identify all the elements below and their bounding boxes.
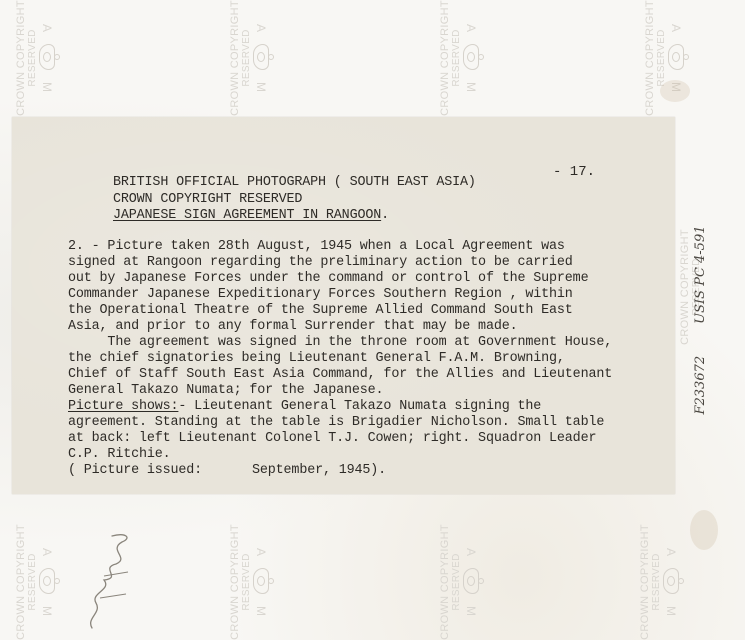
stamp-text: RESERVED xyxy=(657,0,667,118)
stamp-text: RESERVED xyxy=(452,0,462,118)
stamp-text: CROWN COPYRIGHT xyxy=(16,522,27,640)
stamp-letter: A xyxy=(41,24,53,32)
issued-date: September, 1945). xyxy=(252,463,386,478)
page-number: - 17. xyxy=(553,164,595,180)
crown-copyright-stamp: CROWN COPYRIGHT RESERVED A M xyxy=(228,0,272,118)
body-line: out by Japanese Forces under the command… xyxy=(68,271,588,286)
stamp-text: CROWN COPYRIGHT xyxy=(16,0,27,118)
catalog-number: F233672 xyxy=(693,356,708,415)
reference-number: USIS PC 4-591 xyxy=(693,226,708,324)
stamp-letter: A xyxy=(255,548,267,556)
body-line: the Operational Theatre of the Supreme A… xyxy=(68,303,573,318)
body-line: the chief signatories being Lieutenant G… xyxy=(68,351,565,366)
crown-icon xyxy=(253,44,269,70)
stamp-text: RESERVED xyxy=(242,522,252,640)
stamp-letter: A xyxy=(465,548,477,556)
stamp-letter: A xyxy=(255,24,267,32)
stamp-text: CROWN COPYRIGHT xyxy=(440,0,451,118)
header-line: BRITISH OFFICIAL PHOTOGRAPH ( SOUTH EAST… xyxy=(113,175,476,190)
stamp-emblem-row: A M xyxy=(462,0,480,118)
crown-icon xyxy=(668,44,684,70)
body-line: at back: left Lieutenant Colonel T.J. Co… xyxy=(68,431,596,446)
crown-icon xyxy=(39,568,55,594)
body-line: The agreement was signed in the throne r… xyxy=(68,335,612,350)
stamp-letter: A xyxy=(465,24,477,32)
stamp-text: RESERVED xyxy=(28,0,38,118)
stamp-letter: A xyxy=(41,548,53,556)
body-line: General Takazo Numata; for the Japanese. xyxy=(68,383,383,398)
picture-shows-line: Picture shows:- Lieutenant General Takaz… xyxy=(68,399,541,414)
crown-copyright-stamp: CROWN COPYRIGHT RESERVED A M xyxy=(638,522,682,640)
stamp-letter: M xyxy=(665,606,677,616)
stamp-emblem-row: A M xyxy=(462,522,480,640)
caption-title: JAPANESE SIGN AGREEMENT IN RANGOON. xyxy=(113,208,389,223)
body-line: Asia, and prior to any formal Surrender … xyxy=(68,319,518,334)
issued-label: ( Picture issued: xyxy=(68,463,202,478)
body-line: C.P. Ritchie. xyxy=(68,447,171,462)
stamp-text: CROWN COPYRIGHT xyxy=(230,0,241,118)
caption-title-period: . xyxy=(381,208,389,223)
crown-icon xyxy=(463,568,479,594)
handwritten-signature xyxy=(82,528,142,638)
stamp-letter: M xyxy=(465,82,477,92)
crown-icon xyxy=(463,44,479,70)
stamp-text: RESERVED xyxy=(452,522,462,640)
stamp-letter: M xyxy=(465,606,477,616)
header-line: CROWN COPYRIGHT RESERVED xyxy=(113,192,302,207)
stamp-emblem-row: A M xyxy=(252,522,270,640)
caption-title-text: JAPANESE SIGN AGREEMENT IN RANGOON xyxy=(113,208,381,223)
handwritten-notes: F233672 USIS PC 4-591 xyxy=(690,195,710,445)
stamp-emblem-row: A M xyxy=(252,0,270,118)
stamp-letter: A xyxy=(670,24,682,32)
body-line: Commander Japanese Expeditionary Forces … xyxy=(68,287,573,302)
crown-copyright-stamp: CROWN COPYRIGHT RESERVED A M xyxy=(14,0,58,118)
body-line: Chief of Staff South East Asia Command, … xyxy=(68,367,612,382)
body-line: 2. - Picture taken 28th August, 1945 whe… xyxy=(68,239,565,254)
stamp-text: RESERVED xyxy=(242,0,252,118)
caption-slip: - 17. BRITISH OFFICIAL PHOTOGRAPH ( SOUT… xyxy=(12,117,675,494)
stamp-text: RESERVED xyxy=(652,522,662,640)
body-line: signed at Rangoon regarding the prelimin… xyxy=(68,255,573,270)
crown-icon xyxy=(39,44,55,70)
stamp-letter: M xyxy=(255,606,267,616)
stamp-letter: M xyxy=(41,606,53,616)
stamp-text: CROWN COPYRIGHT xyxy=(230,522,241,640)
crown-copyright-stamp: CROWN COPYRIGHT RESERVED A M xyxy=(438,0,482,118)
stamp-text: RESERVED xyxy=(28,522,38,640)
photo-mount-backing: CROWN COPYRIGHT RESERVED A M CROWN COPYR… xyxy=(0,0,745,640)
crown-icon xyxy=(663,568,679,594)
stamp-text: CROWN COPYRIGHT xyxy=(640,522,651,640)
stamp-emblem-row: A M xyxy=(662,522,680,640)
paper-stain xyxy=(690,510,718,550)
paper-stain xyxy=(660,80,690,102)
stamp-emblem-row: A M xyxy=(38,522,56,640)
crown-icon xyxy=(253,568,269,594)
picture-shows-label: Picture shows: xyxy=(68,399,178,414)
crown-copyright-stamp: CROWN COPYRIGHT RESERVED A M xyxy=(438,522,482,640)
body-line: agreement. Standing at the table is Brig… xyxy=(68,415,604,430)
stamp-letter: A xyxy=(665,548,677,556)
stamp-letter: M xyxy=(255,82,267,92)
stamp-letter: M xyxy=(41,82,53,92)
stamp-text: CROWN COPYRIGHT xyxy=(645,0,656,118)
stamp-text: CROWN COPYRIGHT xyxy=(440,522,451,640)
picture-shows-text: - Lieutenant General Takazo Numata signi… xyxy=(178,399,541,414)
crown-copyright-stamp: CROWN COPYRIGHT RESERVED A M xyxy=(14,522,58,640)
crown-copyright-stamp: CROWN COPYRIGHT RESERVED A M xyxy=(228,522,272,640)
stamp-emblem-row: A M xyxy=(38,0,56,118)
